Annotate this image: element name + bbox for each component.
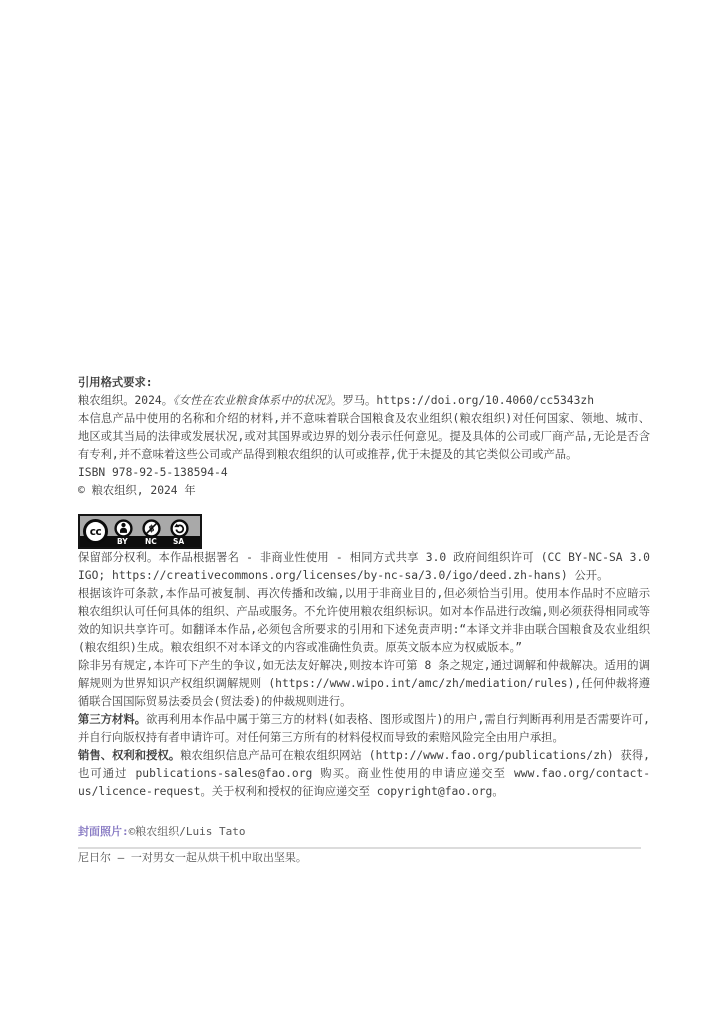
cover-photo-credit-line: 封面照片:©粮农组织/Luis Tato	[78, 823, 650, 841]
citation-heading: 引用格式要求:	[78, 374, 650, 392]
copyright-line: © 粮农组织, 2024 年	[78, 482, 650, 500]
sales-text-4: 。关于权利和授权的征询应递交至	[200, 785, 376, 798]
third-party-materials-paragraph: 第三方材料。欲再利用本作品中属于第三方的材料(如表格、图形或图片)的用户,需自行…	[78, 711, 650, 747]
cover-photo-credit: ©粮农组织/Luis Tato	[129, 825, 246, 838]
doi-text: https://doi.org/10.4060/cc5343zh	[376, 394, 594, 407]
sales-text-3: 购买。商业性使用的申请应递交至	[312, 767, 514, 780]
colophon-content: 引用格式要求: 粮农组织。2024。《女性在农业粮食体系中的状况》。罗马。htt…	[78, 374, 650, 867]
wipo-mediation-url: https://www.wipo.int/amc/zh/mediation/ru…	[275, 677, 567, 690]
cc-license-url: https://creativecommons.org/licenses/by-…	[112, 569, 561, 582]
dispute-resolution-paragraph: 除非另有规定,本许可下产生的争议,如无法友好解决,则按本许可第 8 条之规定,通…	[78, 657, 650, 711]
cc-logo-text: cc	[90, 523, 101, 541]
citation-text-pre: 粮农组织。2024。	[78, 394, 173, 407]
cover-caption: 尼日尔 — 一对男女一起从烘干机中取出坚果。	[78, 849, 650, 867]
third-party-label: 第三方材料。	[78, 713, 146, 726]
cc-logo-icon: cc	[83, 519, 108, 544]
cc-sa-label: SA	[173, 537, 184, 546]
isbn-line: ISBN 978-92-5-138594-4	[78, 464, 650, 482]
cover-photo-label: 封面照片:	[78, 825, 129, 838]
citation-text-mid: 。罗马。	[331, 394, 376, 407]
sales-email: publications-sales@fao.org	[135, 767, 312, 780]
cc-nc-label: NC	[145, 537, 157, 546]
third-party-body: 欲再利用本作品中属于第三方的材料(如表格、图形或图片)的用户,需自行判断再利用是…	[78, 713, 650, 744]
cc-by-label: BY	[117, 537, 128, 546]
license-summary-post: ) 公开。	[561, 569, 609, 582]
citation-line: 粮农组织。2024。《女性在农业粮食体系中的状况》。罗马。https://doi…	[78, 392, 650, 410]
cc-license-badge: cc $ BY NC SA	[78, 514, 202, 549]
license-terms-paragraph: 根据该许可条款,本作品可被复制、再次传播和改编,以用于非商业目的,但必须恰当引用…	[78, 585, 650, 657]
document-page: 引用格式要求: 粮农组织。2024。《女性在农业粮食体系中的状况》。罗马。htt…	[0, 0, 724, 1024]
license-summary-paragraph: 保留部分权利。本作品根据署名 - 非商业性使用 - 相同方式共享 3.0 政府间…	[78, 549, 650, 585]
fao-publications-url: http://www.fao.org/publications/zh	[376, 749, 607, 762]
sales-text-1: 粮农组织信息产品可在粮农组织网站 (	[180, 749, 375, 762]
sales-rights-licensing-paragraph: 销售、权利和授权。粮农组织信息产品可在粮农组织网站 (http://www.fa…	[78, 747, 650, 801]
sales-text-5: 。	[492, 785, 503, 798]
sales-label: 销售、权利和授权。	[78, 749, 180, 762]
disclaimer-paragraph: 本信息产品中使用的名称和介绍的材料,并不意味着联合国粮食及农业组织(粮农组织)对…	[78, 410, 650, 464]
publication-title: 《女性在农业粮食体系中的状况》	[173, 394, 331, 407]
copyright-email: copyright@fao.org	[377, 785, 493, 798]
